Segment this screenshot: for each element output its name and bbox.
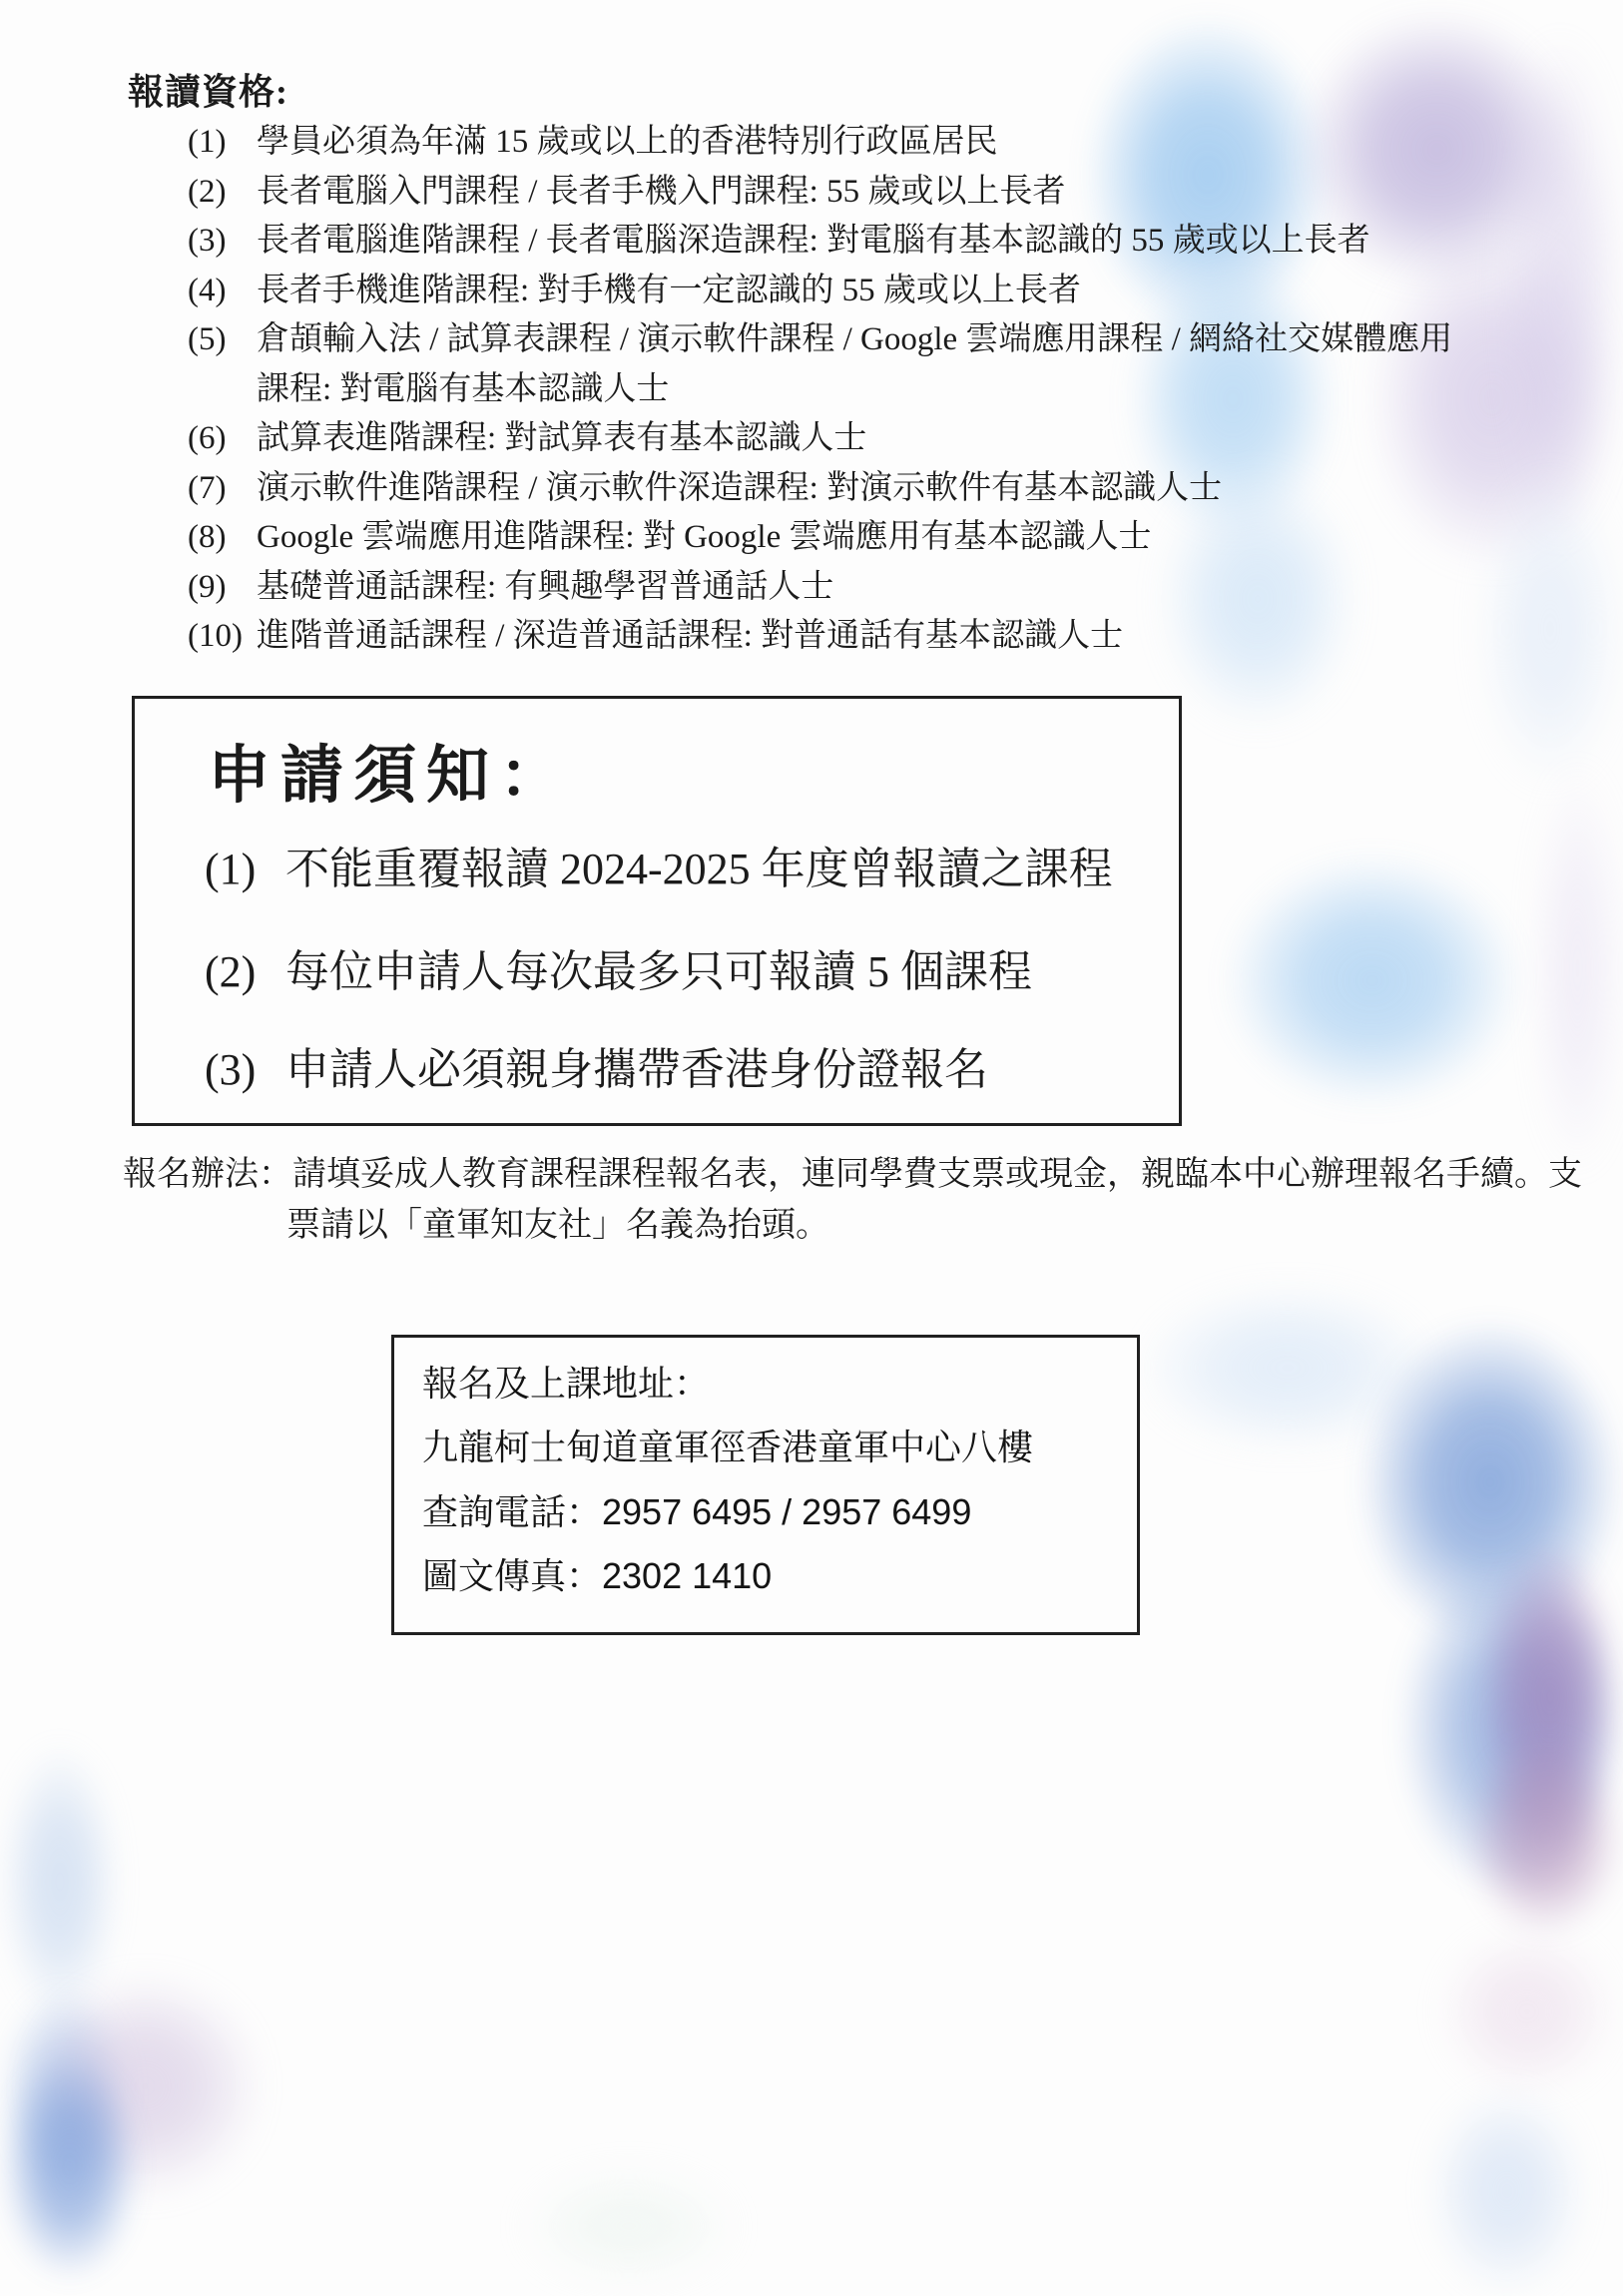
list-item: (6) 試算表進階課程: 對試算表有基本認識人士 <box>188 414 1525 464</box>
list-item: (10) 進階普通話課程 / 深造普通話課程: 對普通話有基本認識人士 <box>188 612 1525 662</box>
item-text: 不能重覆報讀 2024-2025 年度曾報讀之課程 <box>285 847 1113 892</box>
item-number: (9) <box>188 563 257 613</box>
list-item: (5) 倉頡輸入法 / 試算表課程 / 演示軟件課程 / Google 雲端應用… <box>188 315 1525 414</box>
item-number: (4) <box>188 267 257 316</box>
item-text: 學員必須為年滿 15 歲或以上的香港特別行政區居民 <box>257 118 1525 168</box>
note-item: (3) 申請人必須親身攜帶香港身份證報名 <box>205 1047 988 1093</box>
registration-method-line2: 票請以「童軍知友社」名義為抬頭。 <box>286 1206 829 1246</box>
registration-method-line1: 報名辦法：請填妥成人教育課程課程報名表，連同學費支票或現金，親臨本中心辦理報名手… <box>123 1155 1582 1195</box>
item-text: 長者電腦入門課程 / 長者手機入門課程: 55 歲或以上長者 <box>257 168 1525 218</box>
item-text: 進階普通話課程 / 深造普通話課程: 對普通話有基本認識人士 <box>257 612 1525 662</box>
application-notes-box: 申請須知： (1) 不能重覆報讀 2024-2025 年度曾報讀之課程 (2) … <box>132 696 1182 1126</box>
list-item: (4) 長者手機進階課程: 對手機有一定認識的 55 歲或以上長者 <box>188 267 1525 316</box>
item-number: (2) <box>205 949 285 995</box>
item-number: (3) <box>205 1047 285 1093</box>
application-notes-heading: 申請須知： <box>208 725 572 816</box>
document-content: 報讀資格: (1) 學員必須為年滿 15 歲或以上的香港特別行政區居民 (2) … <box>0 0 1623 2296</box>
contact-fax: 圖文傳真：2302 1410 <box>422 1555 772 1597</box>
item-text: 申請人必須親身攜帶香港身份證報名 <box>285 1047 988 1093</box>
contact-phone: 查詢電話：2957 6495 / 2957 6499 <box>422 1491 971 1533</box>
note-item: (1) 不能重覆報讀 2024-2025 年度曾報讀之課程 <box>205 847 1113 892</box>
item-number: (10) <box>188 612 257 662</box>
item-text: 倉頡輸入法 / 試算表課程 / 演示軟件課程 / Google 雲端應用課程 /… <box>257 315 1525 414</box>
item-text: 長者電腦進階課程 / 長者電腦深造課程: 對電腦有基本認識的 55 歲或以上長者 <box>257 217 1525 267</box>
list-item: (7) 演示軟件進階課程 / 演示軟件深造課程: 對演示軟件有基本認識人士 <box>188 464 1525 514</box>
item-number: (6) <box>188 414 257 464</box>
contact-box: 報名及上課地址： 九龍柯士甸道童軍徑香港童軍中心八樓 查詢電話：2957 649… <box>391 1335 1140 1635</box>
item-number: (1) <box>205 847 285 892</box>
item-number: (8) <box>188 513 257 563</box>
list-item: (9) 基礎普通話課程: 有興趣學習普通話人士 <box>188 563 1525 613</box>
item-text: 每位申請人每次最多只可報讀 5 個課程 <box>285 949 1032 995</box>
contact-address: 九龍柯士甸道童軍徑香港童軍中心八樓 <box>422 1427 1033 1468</box>
contact-address-label: 報名及上課地址： <box>422 1363 710 1405</box>
list-item: (8) Google 雲端應用進階課程: 對 Google 雲端應用有基本認識人… <box>188 513 1525 563</box>
item-number: (7) <box>188 464 257 514</box>
item-text: 基礎普通話課程: 有興趣學習普通話人士 <box>257 563 1525 613</box>
item-number: (3) <box>188 217 257 267</box>
item-number: (2) <box>188 168 257 218</box>
item-text: 演示軟件進階課程 / 演示軟件深造課程: 對演示軟件有基本認識人士 <box>257 464 1525 514</box>
item-text: Google 雲端應用進階課程: 對 Google 雲端應用有基本認識人士 <box>257 513 1525 563</box>
item-number: (5) <box>188 315 257 365</box>
scanned-course-flyer-page: 報讀資格: (1) 學員必須為年滿 15 歲或以上的香港特別行政區居民 (2) … <box>0 0 1623 2296</box>
list-item: (1) 學員必須為年滿 15 歲或以上的香港特別行政區居民 <box>188 118 1525 168</box>
item-text: 試算表進階課程: 對試算表有基本認識人士 <box>257 414 1525 464</box>
qualifications-list: (1) 學員必須為年滿 15 歲或以上的香港特別行政區居民 (2) 長者電腦入門… <box>188 118 1525 662</box>
qualifications-heading: 報讀資格: <box>128 64 288 115</box>
list-item: (3) 長者電腦進階課程 / 長者電腦深造課程: 對電腦有基本認識的 55 歲或… <box>188 217 1525 267</box>
list-item: (2) 長者電腦入門課程 / 長者手機入門課程: 55 歲或以上長者 <box>188 168 1525 218</box>
item-number: (1) <box>188 118 257 168</box>
note-item: (2) 每位申請人每次最多只可報讀 5 個課程 <box>205 949 1032 995</box>
item-text: 長者手機進階課程: 對手機有一定認識的 55 歲或以上長者 <box>257 267 1525 316</box>
